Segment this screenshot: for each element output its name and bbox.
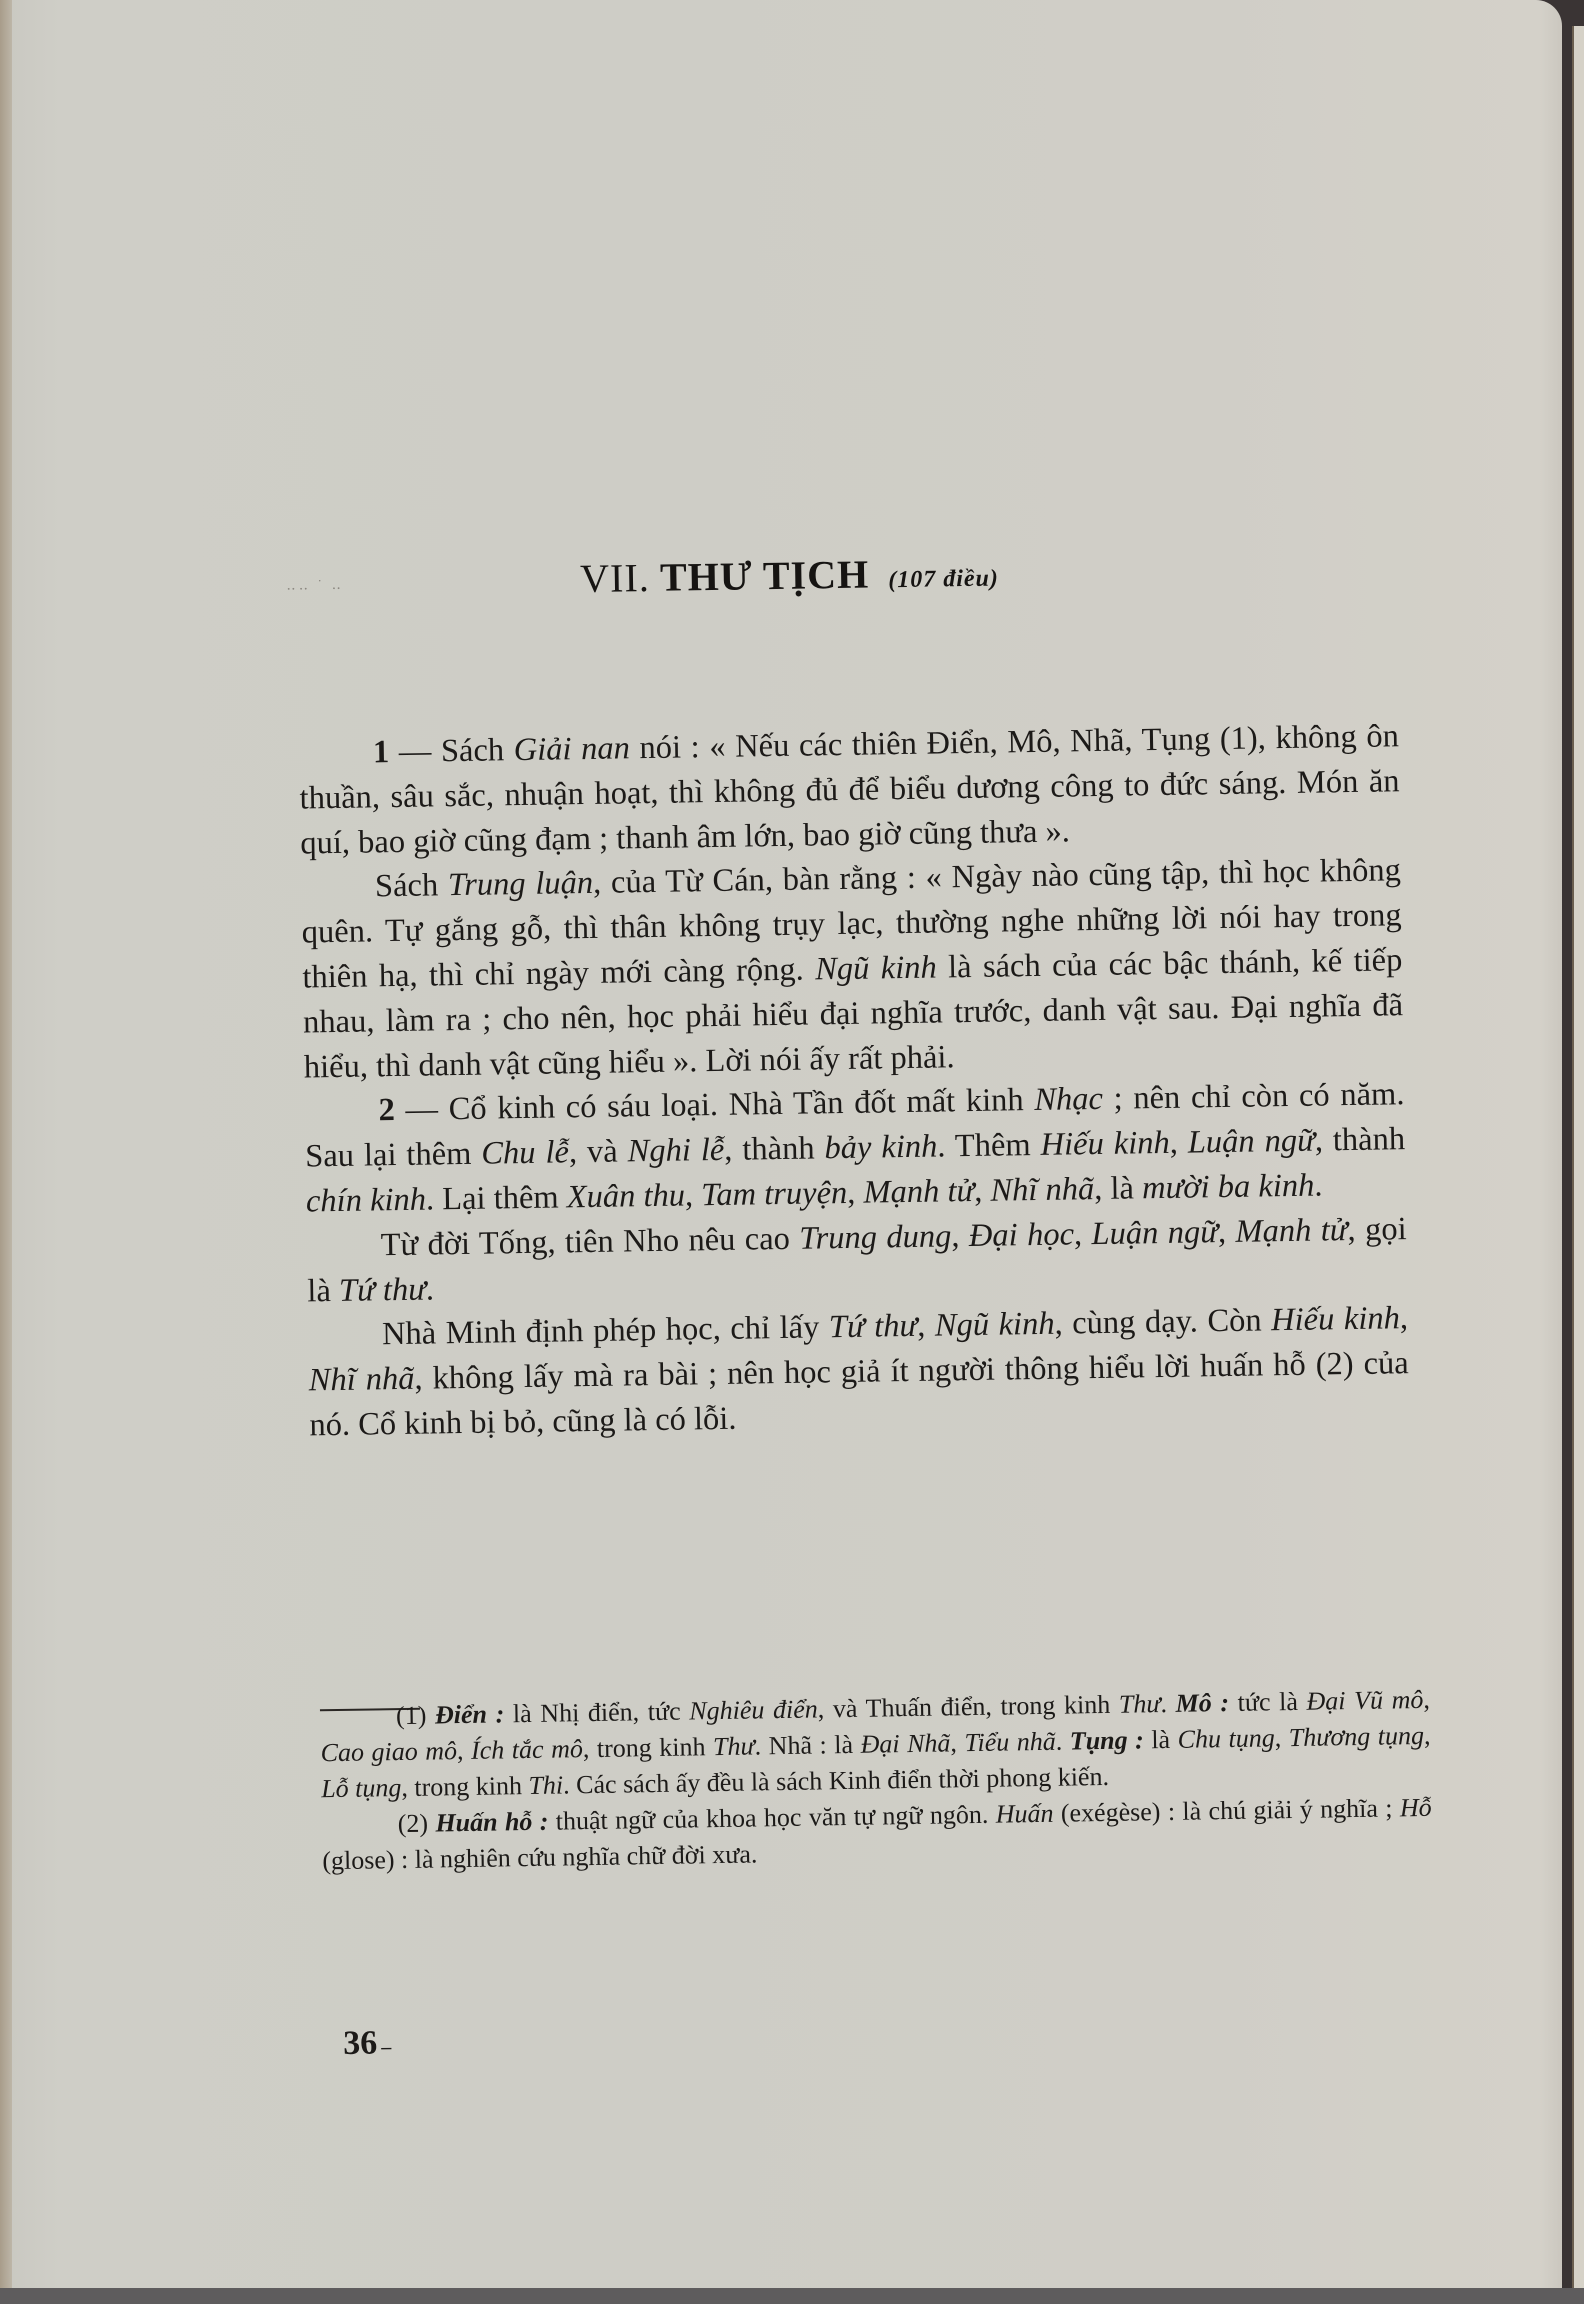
paragraph-4: Từ đời Tống, tiên Nho nêu cao Trung dung… (306, 1207, 1407, 1314)
book-title: Tam truyện (701, 1175, 848, 1213)
footnote-1: (1) Điển : là Nhị điển, tức Nghiêu điển,… (320, 1682, 1432, 1807)
footnote-term: Huấn hỗ : (435, 1807, 548, 1838)
book-title: Nhĩ nhã (990, 1171, 1094, 1209)
chapter-title: THƯ TỊCH (660, 552, 870, 600)
book-title: Tứ thư (829, 1308, 918, 1345)
book-title: Xuân thu (566, 1177, 685, 1215)
book-title: Đại học (969, 1216, 1075, 1254)
book-title: Ngũ kinh (815, 949, 937, 987)
book-title: Trung luận (448, 865, 594, 903)
chapter-number: VII. (580, 555, 650, 601)
book-title: Mạnh tử (863, 1173, 974, 1211)
footnote-term: Tụng : (1070, 1725, 1144, 1755)
footnote-term: Điển : (435, 1699, 505, 1729)
book-title: Trung dung (799, 1218, 952, 1256)
page-content: ‥‥ ˙ ‥ VII. THƯ TỊCH (107 điều) 1 — Sách… (0, 0, 1579, 2302)
page-number: 36– (343, 2024, 392, 2063)
footnote-marker: (1) (396, 1700, 435, 1730)
paragraph-3: 2 — Cổ kinh có sáu loại. Nhà Tần đốt mất… (304, 1073, 1406, 1225)
book-title: mười ba kinh (1142, 1168, 1315, 1207)
article-number: 2 (378, 1092, 395, 1128)
book-title: Nhĩ nhã (308, 1361, 414, 1399)
main-text: 1 — Sách Giải nan nói : « Nếu các thiên … (299, 714, 1410, 1448)
book-title: Nhạc (1034, 1081, 1103, 1118)
book-title: Luận ngữ (1188, 1123, 1316, 1161)
book-title: Chu lễ (481, 1134, 569, 1171)
book-title: Luận ngữ (1091, 1214, 1218, 1252)
paragraph-5: Nhà Minh định phép học, chỉ lấy Tứ thư, … (308, 1297, 1410, 1449)
paragraph-1: 1 — Sách Giải nan nói : « Nếu các thiên … (299, 714, 1401, 866)
book-title: Hiếu kinh (1040, 1125, 1170, 1163)
book-title: Giải nan (513, 730, 630, 768)
chapter-heading: VII. THƯ TỊCH (107 điều) (580, 548, 999, 602)
article-number: 1 (373, 734, 390, 770)
book-title: Nghi lễ (627, 1132, 724, 1170)
article-count: (107 điều) (888, 565, 999, 593)
book-title: Ngũ kinh (935, 1306, 1055, 1344)
footnote-term: Mô : (1175, 1688, 1229, 1718)
book-title: Tứ thư (339, 1271, 426, 1308)
book-title: Hiếu kinh (1271, 1301, 1400, 1339)
pencil-mark: ‥‥ ˙ ‥ (286, 577, 344, 595)
book-title: Mạnh tử (1235, 1212, 1348, 1250)
footnotes: (1) Điển : là Nhị điển, tức Nghiêu điển,… (320, 1682, 1433, 1879)
book-title: chín kinh (306, 1182, 427, 1220)
paragraph-2: Sách Trung luận, của Từ Cán, bàn rằng : … (301, 849, 1404, 1090)
book-title: bảy kinh (824, 1129, 937, 1167)
footnote-marker: (2) (398, 1808, 436, 1838)
